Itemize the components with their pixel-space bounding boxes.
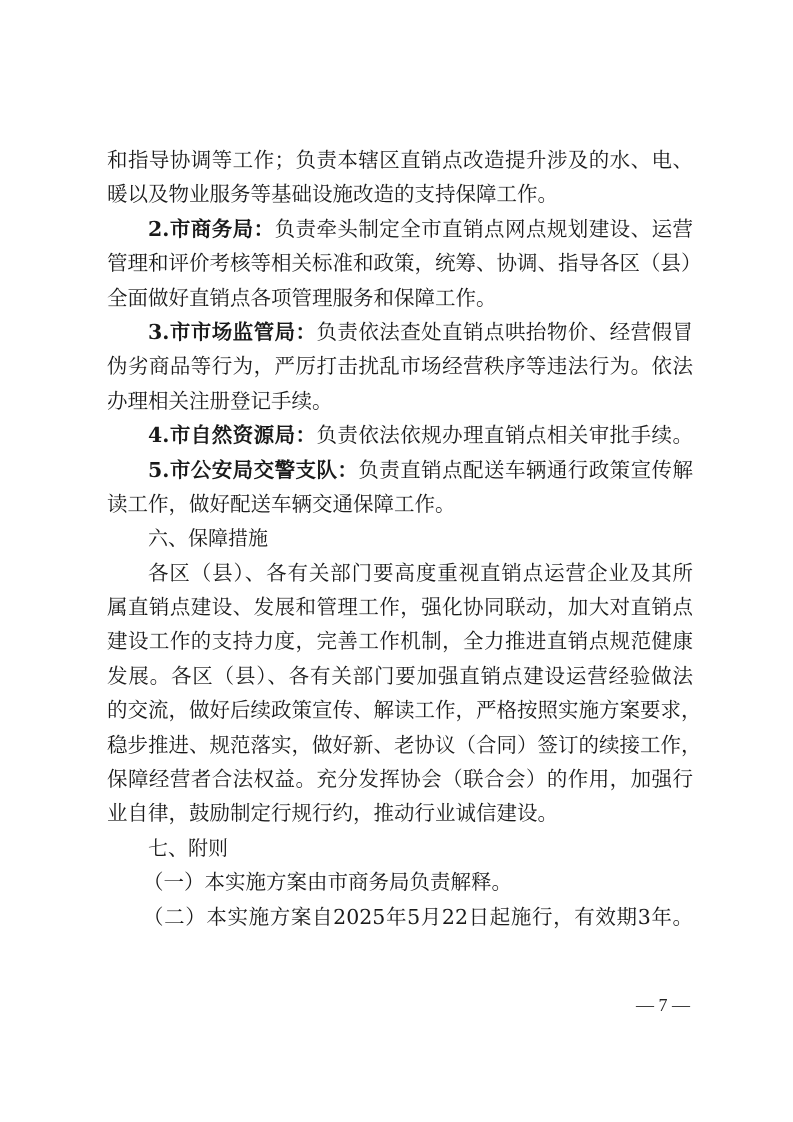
line-text: 管理和评价考核等相关标准和政策，统筹、协调、指导各区（县） bbox=[107, 251, 702, 275]
paragraph-line: 发展。各区（县）、各有关部门要加强直销点建设运营经验做法 bbox=[107, 659, 693, 693]
line-text: 办理相关注册登记手续。 bbox=[107, 389, 333, 413]
line-text: 暖以及物业服务等基础设施改造的支持保障工作。 bbox=[107, 182, 558, 206]
paragraph-line: 读工作，做好配送车辆交通保障工作。 bbox=[107, 487, 693, 521]
item-label-market-supervision-bureau: 3.市市场监管局： bbox=[148, 320, 316, 344]
paragraph-line: 各区（县）、各有关部门要高度重视直销点运营企业及其所 bbox=[107, 556, 693, 590]
paragraph-line: 属直销点建设、发展和管理工作，强化协同联动，加大对直销点 bbox=[107, 590, 693, 624]
line-text: 属直销点建设、发展和管理工作，强化协同联动，加大对直销点 bbox=[107, 595, 693, 619]
line-text: 的交流，做好后续政策宣传、解读工作，严格按照实施方案要求， bbox=[107, 698, 702, 722]
item-label-traffic-police: 5.市公安局交警支队： bbox=[148, 458, 358, 482]
paragraph-line: 管理和评价考核等相关标准和政策，统筹、协调、指导各区（县） bbox=[107, 246, 693, 280]
line-text: 读工作，做好配送车辆交通保障工作。 bbox=[107, 492, 456, 516]
paragraph-line: 和指导协调等工作；负责本辖区直销点改造提升涉及的水、电、 bbox=[107, 143, 693, 177]
item-label-commerce-bureau: 2.市商务局： bbox=[148, 217, 275, 241]
page-number: — 7 — bbox=[636, 992, 690, 1018]
item-heading-line: 5.市公安局交警支队：负责直销点配送车辆通行政策宣传解 bbox=[107, 453, 693, 487]
document-page: 和指导协调等工作；负责本辖区直销点改造提升涉及的水、电、 暖以及物业服务等基础设… bbox=[0, 0, 793, 1122]
line-text: 负责依法依规办理直销点相关审批手续。 bbox=[316, 423, 693, 447]
line-text: 稳步推进、规范落实，做好新、老协议（合同）签订的续接工作， bbox=[107, 733, 702, 757]
paragraph-line: 稳步推进、规范落实，做好新、老协议（合同）签订的续接工作， bbox=[107, 728, 693, 762]
line-text: 发展。各区（县）、各有关部门要加强直销点建设运营经验做法 bbox=[107, 664, 693, 688]
paragraph-line: 办理相关注册登记手续。 bbox=[107, 384, 693, 418]
paragraph-line: 暖以及物业服务等基础设施改造的支持保障工作。 bbox=[107, 177, 693, 211]
paragraph-line: 建设工作的支持力度，完善工作机制，全力推进直销点规范健康 bbox=[107, 624, 693, 658]
line-text: 伪劣商品等行为，严厉打击扰乱市场经营秩序等违法行为。依法 bbox=[107, 354, 693, 378]
line-text: 和指导协调等工作；负责本辖区直销点改造提升涉及的水、电、 bbox=[107, 148, 693, 172]
body-text: 和指导协调等工作；负责本辖区直销点改造提升涉及的水、电、 暖以及物业服务等基础设… bbox=[107, 143, 693, 934]
line-text: 业自律，鼓励制定行规行约，推动行业诚信建设。 bbox=[107, 801, 558, 825]
section-heading-text: 七、附则 bbox=[148, 836, 228, 860]
clause-line: （一）本实施方案由市商务局负责解释。 bbox=[107, 865, 693, 899]
item-heading-line: 2.市商务局：负责牵头制定全市直销点网点规划建设、运营 bbox=[107, 212, 693, 246]
line-text: （一）本实施方案由市商务局负责解释。 bbox=[143, 870, 512, 894]
paragraph-line: 全面做好直销点各项管理服务和保障工作。 bbox=[107, 281, 693, 315]
line-text: 负责牵头制定全市直销点网点规划建设、运营 bbox=[275, 217, 693, 241]
paragraph-line: 伪劣商品等行为，严厉打击扰乱市场经营秩序等违法行为。依法 bbox=[107, 349, 693, 383]
item-heading-line: 4.市自然资源局：负责依法依规办理直销点相关审批手续。 bbox=[107, 418, 693, 452]
paragraph-line: 业自律，鼓励制定行规行约，推动行业诚信建设。 bbox=[107, 796, 693, 830]
section-heading-text: 六、保障措施 bbox=[148, 526, 268, 550]
line-text: 建设工作的支持力度，完善工作机制，全力推进直销点规范健康 bbox=[107, 629, 693, 653]
line-text: 负责直销点配送车辆通行政策宣传解 bbox=[358, 458, 693, 482]
section-heading-supplementary: 七、附则 bbox=[107, 831, 693, 865]
line-text: 保障经营者合法权益。充分发挥协会（联合会）的作用，加强行 bbox=[107, 767, 693, 791]
section-heading-safeguards: 六、保障措施 bbox=[107, 521, 693, 555]
paragraph-line: 保障经营者合法权益。充分发挥协会（联合会）的作用，加强行 bbox=[107, 762, 693, 796]
line-text: 各区（县）、各有关部门要高度重视直销点运营企业及其所 bbox=[148, 561, 693, 585]
item-heading-line: 3.市市场监管局：负责依法查处直销点哄抬物价、经营假冒 bbox=[107, 315, 693, 349]
item-label-natural-resources-bureau: 4.市自然资源局： bbox=[148, 423, 316, 447]
line-text: 负责依法查处直销点哄抬物价、经营假冒 bbox=[316, 320, 693, 344]
line-text: 全面做好直销点各项管理服务和保障工作。 bbox=[107, 286, 497, 310]
paragraph-line: 的交流，做好后续政策宣传、解读工作，严格按照实施方案要求， bbox=[107, 693, 693, 727]
clause-line: （二）本实施方案自2025年5月22日起施行，有效期3年。 bbox=[107, 900, 693, 934]
line-text: （二）本实施方案自2025年5月22日起施行，有效期3年。 bbox=[143, 905, 693, 929]
